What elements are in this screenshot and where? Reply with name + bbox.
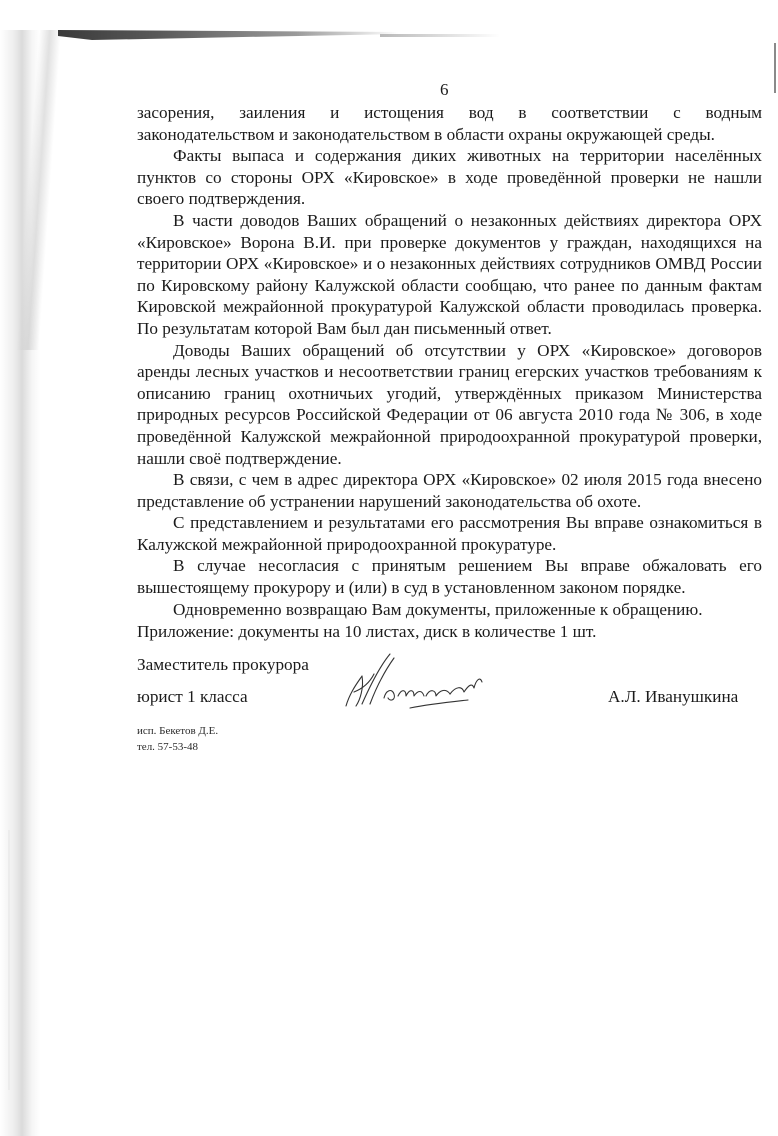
signatory-position: Заместитель прокурора <box>137 654 309 676</box>
paragraph-return-documents: Одновременно возвращаю Вам документы, пр… <box>137 599 762 621</box>
paragraph-review: С представлением и результатами его расс… <box>137 512 762 555</box>
executor-name: исп. Бекетов Д.Е. <box>137 723 218 739</box>
executor-phone: тел. 57-53-48 <box>137 739 218 755</box>
letter-body: засорения, заиления и истощения вод в со… <box>137 102 762 620</box>
executor-info: исп. Бекетов Д.Е. тел. 57-53-48 <box>137 723 218 755</box>
paragraph-director-actions: В части доводов Ваших обращений о незако… <box>137 210 762 340</box>
paragraph-lease-contracts: Доводы Ваших обращений об отсутствии у О… <box>137 340 762 470</box>
paragraph-continuation-rest: законодательством и законодательством в … <box>137 124 762 146</box>
scan-top-shadow <box>58 30 398 40</box>
signatory-rank: юрист 1 класса <box>137 686 248 708</box>
text-fragment: с <box>673 103 681 122</box>
paragraph-representation: В связи, с чем в адрес директора ОРХ «Ки… <box>137 469 762 512</box>
page-number: 6 <box>440 80 449 100</box>
paragraph-appeal: В случае несогласия с принятым решением … <box>137 555 762 598</box>
scan-right-edge-mark <box>774 43 776 93</box>
signatory-name: А.Л. Иванушкина <box>608 686 738 708</box>
paragraph-continuation-line1: засорения, заиления и истощения вод в со… <box>137 102 762 124</box>
text-fragment: водным <box>706 103 762 122</box>
paragraph-wild-animals: Факты выпаса и содержания диких животных… <box>137 145 762 210</box>
scan-page-edge-line <box>8 830 10 1090</box>
attachment-note: Приложение: документы на 10 листах, диск… <box>137 621 596 643</box>
text-fragment: засорения, заиления и истощения вод в со… <box>137 103 648 122</box>
scan-top-shadow-fade <box>380 34 500 37</box>
handwritten-signature-icon <box>340 652 510 712</box>
